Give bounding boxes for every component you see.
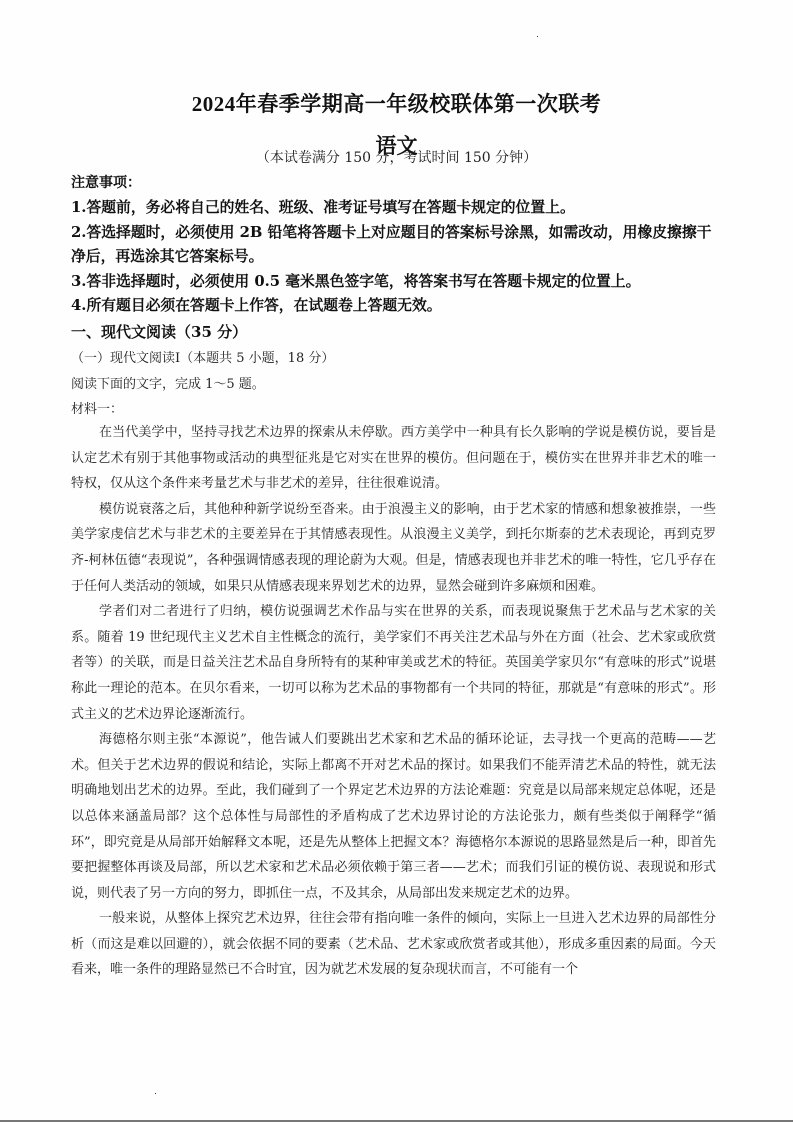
passage-paragraph: 在当代美学中，坚持寻找艺术边界的探索从未停歇。西方美学中一种具有长久影响的学说是… <box>71 420 716 497</box>
exam-page: 2024年春季学期高一年级校联体第一次联考 语文 （本试卷满分 150 分，考试… <box>0 0 793 1122</box>
notes-heading: 注意事项： <box>71 172 141 192</box>
sub-section-heading: （一）现代文阅读Ⅰ（本题共 5 小题，18 分） <box>71 347 334 366</box>
note-item: 2.答选择题时，必须使用 2B 铅笔将答题卡上对应题目的答案标号涂黑，如需改动，… <box>71 221 721 270</box>
passage-paragraph: 学者们对二者进行了归纳，模仿说强调艺术作品与实在世界的关系，而表现说聚焦于艺术品… <box>71 599 716 727</box>
notes-list: 1.答题前，务必将自己的姓名、班级、准考证号填写在答题卡规定的位置上。 2.答选… <box>71 196 721 319</box>
passage-paragraph: 海德格尔则主张“本源说”，他告诫人们要跳出艺术家和艺术品的循环论证，去寻找一个更… <box>71 727 716 906</box>
section-heading: 一、现代文阅读（35 分） <box>71 321 247 342</box>
exam-title: 2024年春季学期高一年级校联体第一次联考 <box>0 88 793 118</box>
passage-paragraph: 一般来说，从整体上探究艺术边界，往往会带有指向唯一条件的倾向，实际上一旦进入艺术… <box>71 906 716 983</box>
scan-speck <box>155 1093 156 1094</box>
passage-body: 在当代美学中，坚持寻找艺术边界的探索从未停歇。西方美学中一种具有长久影响的学说是… <box>71 420 716 983</box>
reading-instruction: 阅读下面的文字，完成 1～5 题。 <box>71 373 265 392</box>
passage-paragraph: 模仿说衰落之后，其他种种新学说纷至沓来。由于浪漫主义的影响，由于艺术家的情感和想… <box>71 497 716 599</box>
score-info: （本试卷满分 150 分，考试时间 150 分钟） <box>0 147 793 167</box>
scan-speck <box>537 36 538 37</box>
note-item: 4.所有题目必须在答题卡上作答，在试题卷上答题无效。 <box>71 294 721 319</box>
note-item: 3.答非选择题时，必须使用 0.5 毫米黑色签字笔，将答案书写在答题卡规定的位置… <box>71 270 721 295</box>
material-label: 材料一： <box>71 398 123 417</box>
note-item: 1.答题前，务必将自己的姓名、班级、准考证号填写在答题卡规定的位置上。 <box>71 196 721 221</box>
